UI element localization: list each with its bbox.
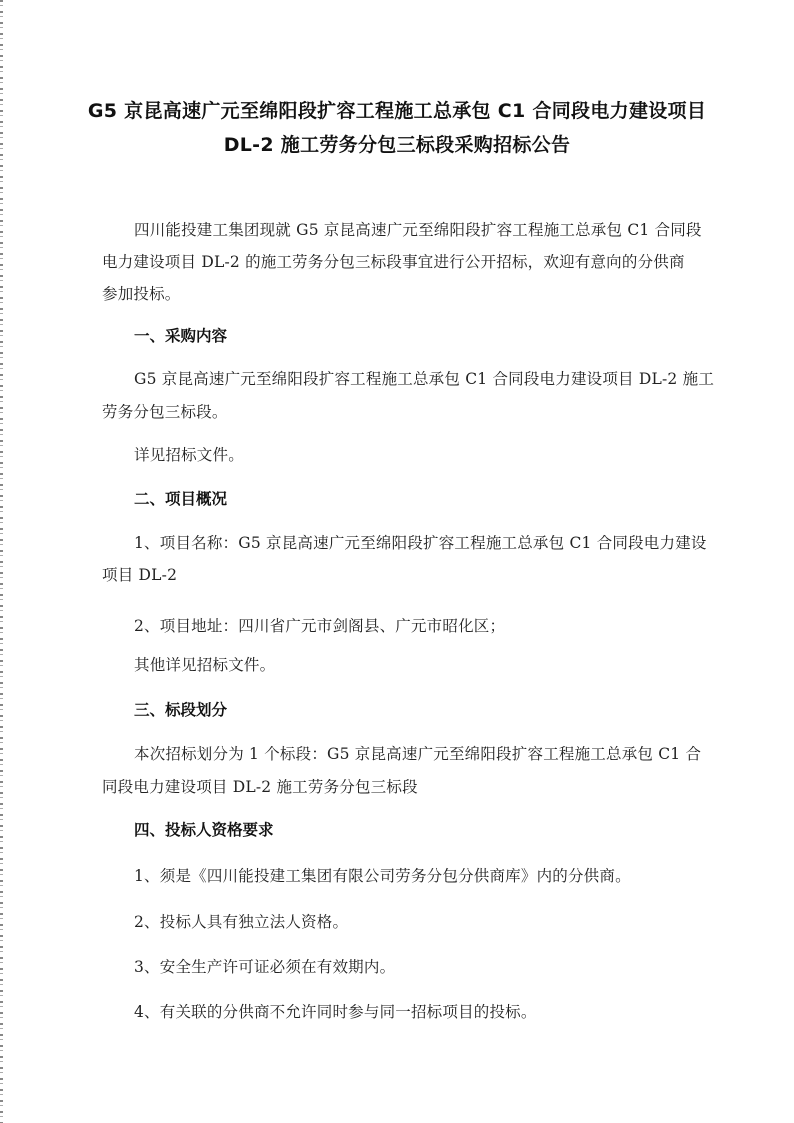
section-4-line-1: 1、须是《四川能投建工集团有限公司劳务分包分供商库》内的分供商。	[134, 864, 631, 886]
section-1-line-3: 详见招标文件。	[134, 443, 244, 465]
section-heading-overview: 二、项目概况	[134, 487, 227, 509]
section-2-line-3: 2、项目地址：四川省广元市剑阁县、广元市昭化区；	[134, 614, 505, 636]
section-2-line-4: 其他详见招标文件。	[134, 653, 275, 675]
section-2-line-2: 项目 DL-2	[102, 563, 177, 585]
document-title-line-2: DL-2 施工劳务分包三标段采购招标公告	[0, 130, 794, 157]
section-heading-qualifications: 四、投标人资格要求	[134, 818, 274, 840]
section-3-line-2: 同段电力建设项目 DL-2 施工劳务分包三标段	[102, 775, 418, 797]
section-3-line-1: 本次招标划分为 1 个标段：G5 京昆高速广元至绵阳段扩容工程施工总承包 C1 …	[134, 742, 701, 764]
section-4-line-3: 3、安全生产许可证必须在有效期内。	[134, 955, 395, 977]
section-2-line-1: 1、项目名称：G5 京昆高速广元至绵阳段扩容工程施工总承包 C1 合同段电力建设	[134, 531, 707, 553]
section-4-line-4: 4、有关联的分供商不允许同时参与同一招标项目的投标。	[134, 1000, 537, 1022]
scan-edge-artifact	[0, 0, 3, 1123]
section-4-line-2: 2、投标人具有独立法人资格。	[134, 910, 348, 932]
section-1-line-2: 劳务分包三标段。	[102, 400, 228, 422]
section-1-line-1: G5 京昆高速广元至绵阳段扩容工程施工总承包 C1 合同段电力建设项目 DL-2…	[134, 367, 714, 389]
document-title-line-1: G5 京昆高速广元至绵阳段扩容工程施工总承包 C1 合同段电力建设项目	[0, 96, 794, 123]
intro-line-1: 四川能投建工集团现就 G5 京昆高速广元至绵阳段扩容工程施工总承包 C1 合同段	[134, 218, 702, 240]
section-heading-procurement: 一、采购内容	[134, 324, 227, 346]
section-heading-lots: 三、标段划分	[134, 698, 227, 720]
intro-line-3: 参加投标。	[102, 282, 181, 304]
intro-line-2: 电力建设项目 DL-2 的施工劳务分包三标段事宜进行公开招标，欢迎有意向的分供商	[102, 250, 685, 272]
